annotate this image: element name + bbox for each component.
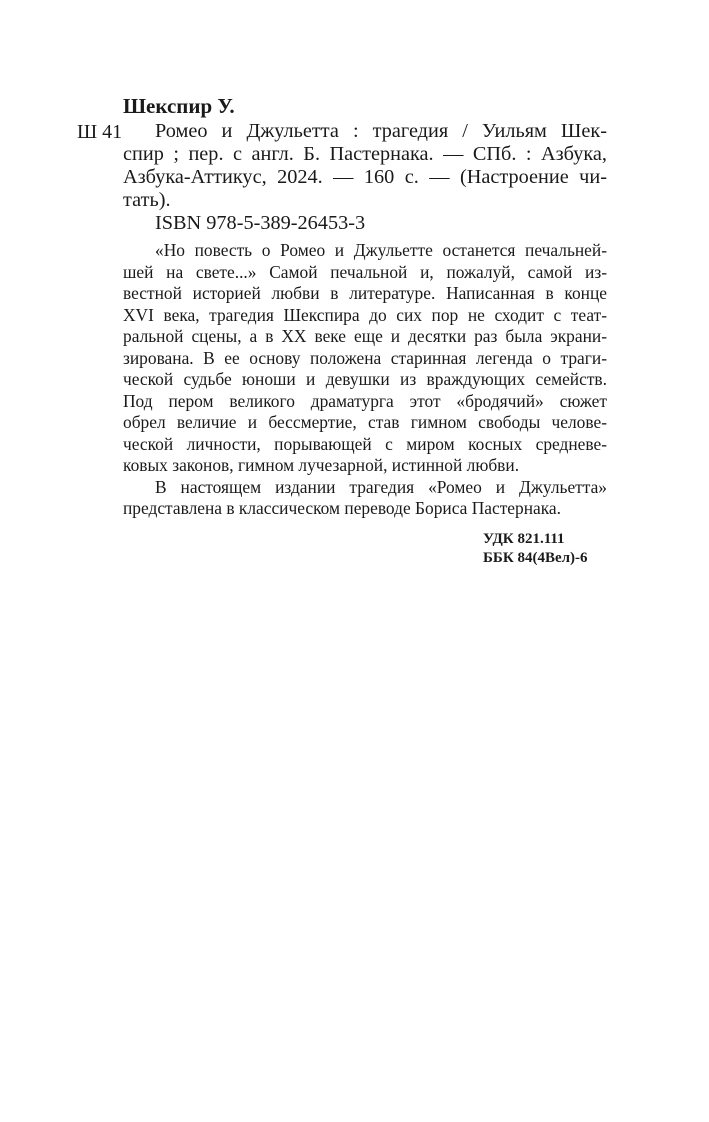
annotation-line: шей на свете...» Самой печальной и, пожа… (123, 262, 607, 284)
biblio-line: Азбука-Аттикус, 2024. — 160 с. — (Настро… (123, 166, 607, 189)
bbk-code: ББК 84(4Вел)-6 (483, 549, 588, 568)
udk-code: УДК 821.111 (483, 530, 588, 549)
biblio-line: тать). (123, 189, 607, 212)
annotation-line: В настоящем издании трагедия «Ромео и Дж… (123, 477, 607, 499)
author-mark: Ш 41 (77, 120, 122, 144)
annotation-line: вестной историей любви в литературе. Нап… (123, 283, 607, 305)
annotation-line: ческой личности, порывающей с миром косн… (123, 434, 607, 456)
annotation-line: представлена в классическом переводе Бор… (123, 498, 607, 520)
isbn: ISBN 978-5-389-26453-3 (155, 212, 365, 235)
classification-codes: УДК 821.111 ББК 84(4Вел)-6 (483, 530, 588, 568)
annotation-line: XVI века, трагедия Шекспира до сих пор н… (123, 305, 607, 327)
biblio-line: Ромео и Джульетта : трагедия / Уильям Ше… (123, 120, 607, 143)
annotation-line: ковых законов, гимном лучезарной, истинн… (123, 455, 607, 477)
catalog-card-page: Шекспир У. Ш 41 Ромео и Джульетта : траг… (0, 0, 709, 1122)
annotation-line: ральной сцены, а в XX веке еще и десятки… (123, 326, 607, 348)
annotation-line: зирована. В ее основу положена старинная… (123, 348, 607, 370)
biblio-line: спир ; пер. с англ. Б. Пастернака. — СПб… (123, 143, 607, 166)
annotation-line: обрел величие и бессмертие, став гимном … (123, 412, 607, 434)
author-heading: Шекспир У. (123, 94, 235, 118)
annotation-paragraph-1: «Но повесть о Ромео и Джульетте останетс… (123, 240, 607, 477)
annotation-paragraph-2: В настоящем издании трагедия «Ромео и Дж… (123, 477, 607, 520)
annotation-line: ческой судьбе юноши и девушки из враждую… (123, 369, 607, 391)
annotation-line: «Но повесть о Ромео и Джульетте останетс… (123, 240, 607, 262)
annotation-line: Под пером великого драматурга этот «брод… (123, 391, 607, 413)
annotation: «Но повесть о Ромео и Джульетте останетс… (123, 240, 607, 520)
bibliographic-description: Ромео и Джульетта : трагедия / Уильям Ше… (123, 120, 607, 212)
